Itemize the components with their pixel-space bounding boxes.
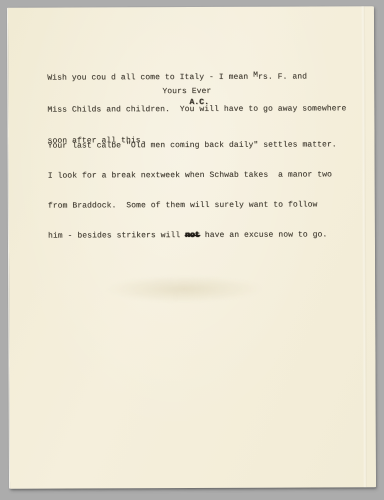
raised-letter: M [253,70,258,79]
paragraph-2-line-4: him - besides strikers will not have an … [48,230,337,241]
struck-out-word: not [185,231,200,240]
line-text: him - besides strikers will [48,231,185,241]
line-text: have an excuse now to go. [200,230,327,240]
scan-background: Wish you cou d all come to Italy - I mea… [0,0,384,500]
faint-emboss-mark [104,275,264,304]
paper-fold-line [361,6,367,487]
line-text: Wish you cou d all come to Italy - I mea… [47,73,253,83]
paragraph-2-line-2: I look for a break nextweek when Schwab … [48,170,337,181]
paragraph-2-line-1: Your last calbe "Old men coming back dai… [48,140,337,151]
paragraph-2: Your last calbe "Old men coming back dai… [47,120,337,261]
paragraph-2-line-3: from Braddock. Some of them will surely … [48,200,337,211]
valediction: Yours Ever [162,87,211,98]
paragraph-1-line-1: Wish you cou d all come to Italy - I mea… [47,72,346,84]
letter-paper: Wish you cou d all come to Italy - I mea… [8,6,376,489]
line-text: rs. F. and [258,72,307,81]
signature: A.C. [189,98,209,109]
